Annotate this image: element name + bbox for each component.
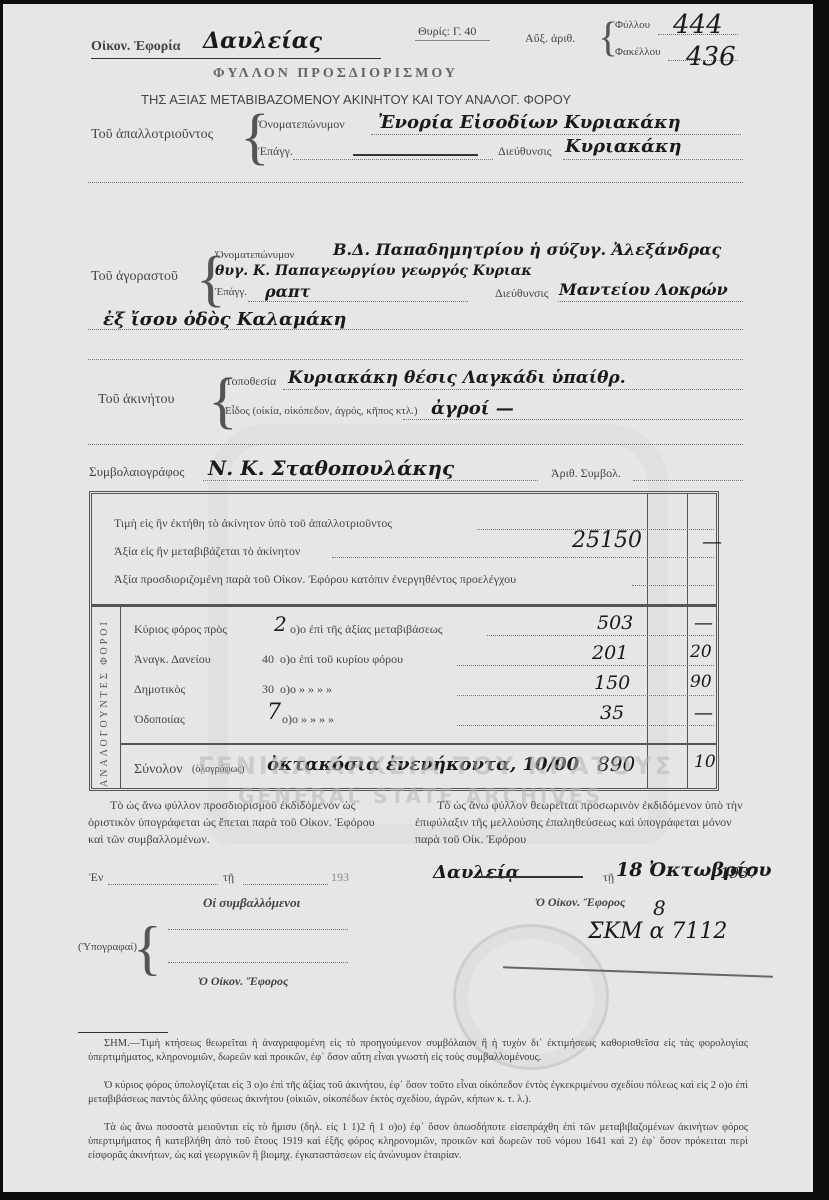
- buyer-name-field[interactable]: Β.Δ. Παπαδημητρίου ἡ σύζυγ. Ἀλεξάνδρας: [333, 240, 721, 259]
- right-date-mid: τῇ: [603, 870, 614, 885]
- tax-row-roads-cents[interactable]: —: [694, 702, 713, 724]
- header-underline: [91, 58, 381, 59]
- buyer-profession-dots: [248, 301, 468, 302]
- provisional-note: Τὸ ὡς ἄνω φύλλον θεωρεῖται προσωρινὸν ἐκ…: [415, 797, 745, 848]
- footnote-separator: [78, 1032, 168, 1033]
- footnote-paragraph-2: Ὁ κύριος φόρος ὑπολογίζεται εἰς 3 ο)ο ἐπ…: [88, 1079, 748, 1107]
- tax-row-roads-suffix: ο)ο » » » »: [282, 712, 334, 727]
- tax-row-main-rate[interactable]: 2: [274, 612, 287, 636]
- tax-row-loan-cents[interactable]: 20: [690, 642, 712, 662]
- party-signature-line-1[interactable]: [168, 929, 348, 930]
- valuation-row-assessed-dots: [632, 585, 714, 586]
- tax-row-municipal-label: Δημοτικὸς: [134, 682, 185, 697]
- seller-section-label: Τοῦ ἀπαλλοτριοῦντος: [91, 127, 213, 143]
- total-divider: [120, 743, 716, 745]
- tax-office-label: Οἰκον. Ἐφορία: [91, 39, 180, 55]
- buyer-section-label: Τοῦ ἀγοραστοῦ: [91, 269, 178, 285]
- party-signature-line-2[interactable]: [168, 962, 348, 963]
- property-type-label: Εἶδος (οἰκία, οἰκόπεδον, ἀγρός, κῆπος κτ…: [225, 405, 418, 417]
- buyer-profession-field[interactable]: ραπτ: [265, 282, 310, 301]
- tax-row-loan-suffix: ο)ο ἐπὶ τοῦ κυρίου φόρου: [280, 652, 403, 667]
- seller-address-label: Διεύθυνσις: [498, 144, 552, 159]
- form-title: ΦΥΛΛΟΝ ΠΡΟΣΔΙΟΡΙΣΜΟΥ: [213, 66, 458, 82]
- side-label-divider: [120, 607, 121, 788]
- seller-profession-label: Ἐπάγγ.: [258, 144, 293, 159]
- location-field[interactable]: Κυριακάκη θέσις Λαγκάδι ὑπαίθρ.: [288, 368, 626, 388]
- buyer-address-dots: [558, 301, 743, 302]
- footnote-paragraph-3: Τὰ ὡς ἄνω ποσοστὰ μειοῦνται εἰς τὸ ἥμισυ…: [88, 1121, 748, 1163]
- buyer-blank-line: [88, 359, 743, 360]
- tax-row-roads-rate[interactable]: 7: [267, 700, 281, 725]
- seller-address-field[interactable]: Κυριακάκη: [565, 136, 682, 157]
- seller-name-label: Ὀνοματεπώνυμον: [258, 117, 345, 132]
- sheet-label: Φύλλου: [615, 19, 650, 31]
- right-date-stroke: [478, 876, 583, 878]
- form-subtitle: ΤΗΣ ΑΞΙΑΣ ΜΕΤΑΒΙΒΑΖΟΜΕΝΟΥ ΑΚΙΝΗΤΟΥ ΚΑΙ Τ…: [141, 92, 571, 107]
- officer-label-left: Ὁ Οἰκον. Ἔφορος: [198, 974, 288, 989]
- notary-dots: [203, 480, 538, 481]
- definitive-note: Τὸ ὡς ἄνω φύλλον προσδιορισμοῦ ἐκδιδόμεν…: [88, 797, 388, 848]
- buyer-address-field[interactable]: Μαντείου Λοκρών: [559, 280, 728, 299]
- seller-profession-dots: [293, 159, 493, 160]
- tax-row-main-suffix: ο)ο ἐπὶ τῆς ἀξίας μεταβιβάσεως: [290, 622, 443, 637]
- seller-extra-line: [88, 182, 743, 183]
- tax-row-loan-amount[interactable]: 201: [592, 642, 628, 664]
- archive-watermark-greek: ΓΕΝΙΚΑ ΑΡΧΕΙΑ ΤΟΥ ΚΡΑΤΟΥΣ: [198, 752, 674, 780]
- buyer-extra-field[interactable]: ἐξ ἴσου ὁδὸς Καλαμάκη: [103, 309, 346, 330]
- tax-row-loan-dots: [457, 665, 714, 666]
- tax-row-municipal-rate: 30: [262, 682, 274, 697]
- property-type-dots: [403, 419, 743, 420]
- tax-row-municipal-dots: [457, 695, 714, 696]
- contract-number-dots: [633, 480, 743, 481]
- notary-field[interactable]: Ν. Κ. Σταθοπουλάκης: [208, 456, 454, 480]
- location-label: Τοποθεσία: [225, 374, 276, 389]
- valuation-row-transfer-cents[interactable]: —: [702, 529, 722, 553]
- officer-mark: 8: [653, 896, 666, 920]
- total-label: Σύνολον: [134, 762, 183, 778]
- buyer-name-field-line2[interactable]: θυγ. Κ. Παπαγεωργίου γεωργός Κυριακ: [215, 263, 532, 279]
- right-date-year[interactable]: 1937: [720, 864, 758, 882]
- officer-label-right: Ὁ Οἰκον. Ἔφορος: [535, 895, 625, 910]
- tax-row-roads-amount[interactable]: 35: [600, 702, 624, 724]
- tax-row-loan-label: Ἀναγκ. Δανείου: [134, 652, 211, 667]
- valuation-row-acquisition-label: Τιμὴ εἰς ἣν ἐκτήθη τὸ ἀκίνητον ὑπὸ τοῦ ἀ…: [114, 516, 392, 531]
- valuation-tax-table: Τιμὴ εἰς ἣν ἐκτήθη τὸ ἀκίνητον ὑπὸ τοῦ ἀ…: [89, 491, 719, 791]
- valuation-row-transfer-amount[interactable]: 25150: [572, 528, 642, 553]
- shelf-underline: [415, 40, 490, 41]
- left-date-prefix: Ἐν: [89, 870, 103, 885]
- parties-label: Οἱ συμβαλλόμενοι: [203, 895, 300, 911]
- tax-row-roads-label: Ὁδοποιίας: [134, 712, 185, 727]
- tax-row-main-cents[interactable]: —: [694, 612, 713, 634]
- tax-row-main-amount[interactable]: 503: [597, 612, 633, 634]
- serial-label: Αὔξ. ἀριθ.: [525, 31, 575, 46]
- seller-name-dots: [371, 134, 741, 135]
- sheet-number: 444: [673, 10, 723, 40]
- left-date-year: 193: [331, 870, 349, 885]
- tax-row-roads-dots: [457, 725, 714, 726]
- buyer-extra-dots: [88, 329, 743, 330]
- total-cents[interactable]: 10: [694, 752, 716, 772]
- valuation-row-transfer-dots: [332, 557, 714, 558]
- right-date-place[interactable]: Δαυλείᾳ: [433, 862, 519, 883]
- tax-row-main-label: Κύριος φόρος πρὸς: [134, 622, 227, 637]
- left-date-day-dots: [243, 884, 328, 885]
- document-page: Οἰκον. Ἐφορία Δαυλείας Θυρίς: Γ. 40 Αὔξ.…: [3, 4, 813, 1192]
- section-divider: [92, 604, 716, 607]
- left-date-place-dots: [108, 884, 218, 885]
- tax-row-loan-rate: 40: [262, 652, 274, 667]
- buyer-profession-label: Ἐπάγγ.: [215, 286, 247, 298]
- property-type-field[interactable]: ἀγροί —: [431, 398, 514, 419]
- tax-row-municipal-cents[interactable]: 90: [690, 672, 712, 692]
- tax-row-municipal-suffix: ο)ο » » » »: [280, 682, 332, 697]
- valuation-row-transfer-label: Ἀξία εἰς ἣν μεταβιβάζεται τὸ ἀκίνητον: [114, 544, 300, 559]
- seller-address-dots: [563, 159, 743, 160]
- buyer-name-label: Ὀνοματεπώνυμον: [215, 249, 294, 261]
- valuation-row-assessed-label: Ἀξία προσδιοριζομένη παρὰ τοῦ Οἰκον. Ἐφό…: [114, 572, 516, 587]
- tax-row-municipal-amount[interactable]: 150: [594, 672, 630, 694]
- shelf-label: Θυρίς: Γ. 40: [418, 24, 476, 39]
- contract-number-label: Ἀριθ. Συμβολ.: [551, 466, 621, 481]
- left-date-mid: τῇ: [223, 870, 234, 885]
- tax-row-main-dots: [487, 635, 714, 636]
- taxes-side-label: ΑΝΑΛΟΓΟΥΝΤΕΣ ΦΟΡΟΙ: [99, 612, 110, 787]
- seller-name-field[interactable]: Ἐνορία Εἰσοδίων Κυριακάκη: [378, 112, 681, 133]
- signatures-label: (Ὑπογραφαί): [78, 941, 137, 953]
- footnote-paragraph-1: ΣΗΜ.—Τιμὴ κτήσεως θεωρεῖται ἡ ἀναγραφομέ…: [88, 1037, 748, 1065]
- signatures-brace: {: [133, 914, 162, 983]
- folder-number: 436: [686, 42, 736, 72]
- property-section-label: Τοῦ ἀκινήτου: [98, 392, 174, 408]
- notary-label: Συμβολαιογράφος: [89, 464, 184, 480]
- officer-signature[interactable]: ΣΚΜ α 7112: [588, 919, 727, 944]
- folder-label: Φακέλλου: [615, 46, 661, 58]
- location-dots: [283, 389, 743, 390]
- buyer-address-label: Διεύθυνσις: [495, 286, 549, 301]
- tax-office-value: Δαυλείας: [203, 28, 322, 54]
- property-blank-line: [88, 444, 743, 445]
- seller-profession-strike: [353, 154, 478, 156]
- seller-brace: {: [240, 102, 270, 173]
